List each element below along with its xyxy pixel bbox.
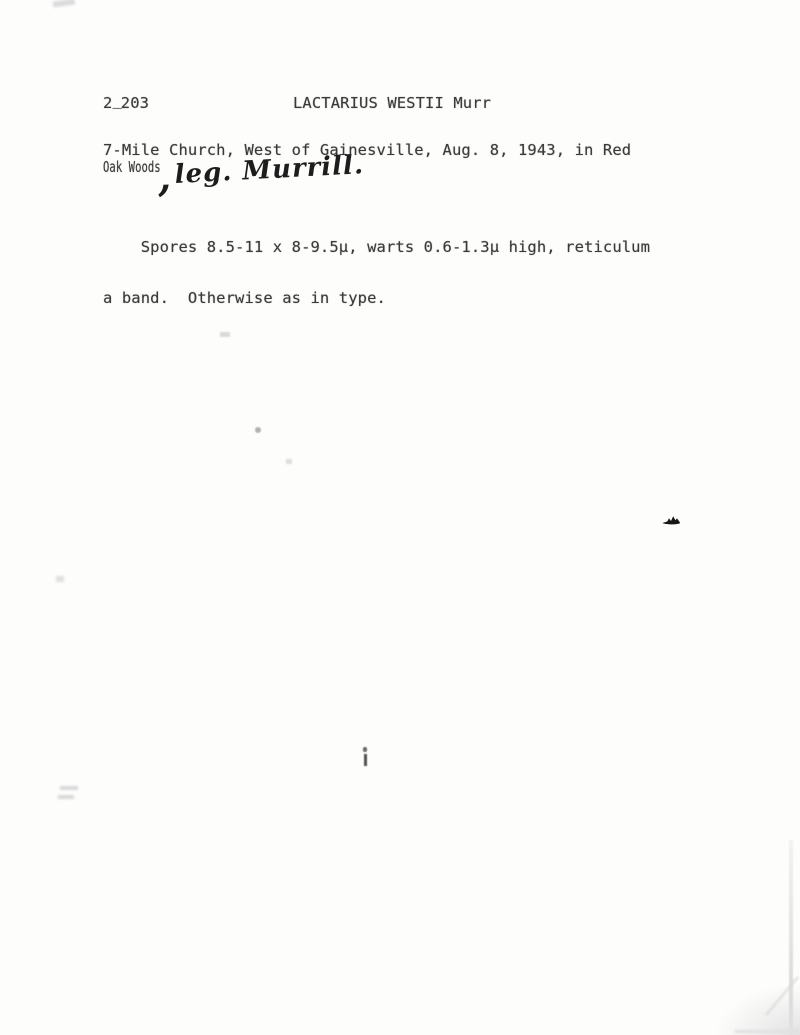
page-edge-shadow-bottom: [735, 1030, 800, 1033]
handwritten-annotation: ,leg. Murrill.: [156, 137, 365, 193]
catalog-number-separator: _: [112, 91, 120, 109]
catalog-number-suffix: 203: [121, 94, 149, 112]
handwritten-collector-note: leg. Murrill.: [174, 150, 365, 190]
ink-blot-mark: [662, 511, 682, 523]
scan-speck: [56, 576, 64, 582]
locality-line-2: Oak Woods: [103, 159, 161, 176]
pen-mark-stroke: [364, 754, 367, 766]
page-corner-shadow: [716, 985, 800, 1035]
scanned-specimen-label-page: 2_203 LACTARIUS WESTII Murr 7-Mile Churc…: [0, 0, 800, 1035]
scan-speck: [255, 427, 261, 433]
scan-smudge: [60, 786, 78, 790]
pen-mark-dot: [363, 747, 367, 752]
scan-smudge: [58, 795, 74, 799]
species-title: LACTARIUS WESTII Murr: [293, 95, 491, 112]
description-line-2: a band. Otherwise as in type.: [103, 290, 650, 307]
scan-speck: [220, 332, 230, 337]
scan-smudge-top-left: [53, 0, 76, 8]
description-line-1: Spores 8.5-11 x 8-9.5µ, warts 0.6-1.3µ h…: [103, 239, 650, 256]
catalog-number: 2_203: [103, 95, 149, 112]
scan-speck: [286, 459, 292, 464]
description-paragraph: Spores 8.5-11 x 8-9.5µ, warts 0.6-1.3µ h…: [103, 205, 650, 341]
handwritten-comma: ,: [156, 154, 172, 200]
